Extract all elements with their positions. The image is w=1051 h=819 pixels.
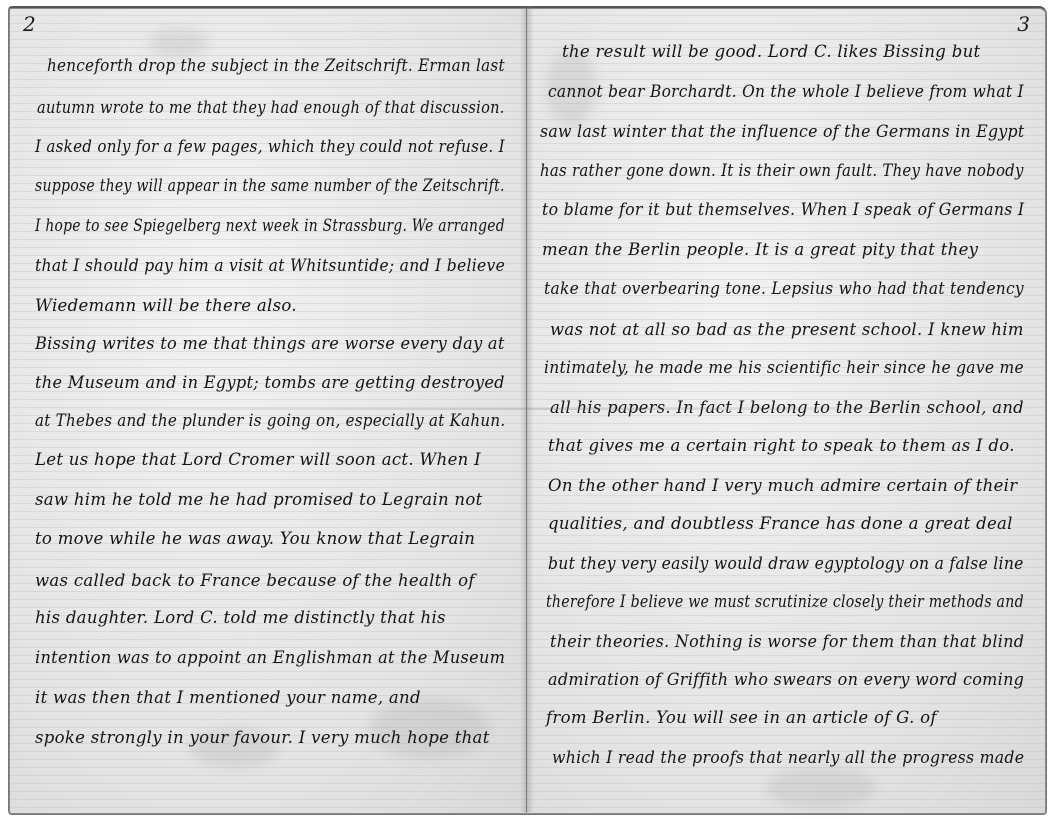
text-line: admiration of Griffith who swears on eve… bbox=[548, 670, 1024, 689]
page-number: 3 bbox=[1017, 12, 1030, 36]
text-line: spoke strongly in your favour. I very mu… bbox=[35, 728, 490, 747]
text-line: Wiedemann will be there also. bbox=[35, 296, 297, 315]
text-line: that gives me a certain right to speak t… bbox=[548, 436, 1015, 455]
text-line: saw last winter that the influence of th… bbox=[540, 122, 1024, 141]
text-line: intention was to appoint an Englishman a… bbox=[35, 648, 505, 667]
text-line: suppose they will appear in the same num… bbox=[35, 176, 505, 195]
text-line: Let us hope that Lord Cromer will soon a… bbox=[35, 450, 481, 469]
text-line: take that overbearing tone. Lepsius who … bbox=[544, 279, 1024, 298]
text-line: but they very easily would draw egyptolo… bbox=[548, 554, 1024, 573]
text-line: the Museum and in Egypt; tombs are getti… bbox=[35, 373, 505, 392]
text-line: it was then that I mentioned your name, … bbox=[35, 688, 421, 707]
text-line: which I read the proofs that nearly all … bbox=[552, 748, 1024, 767]
text-line: to blame for it but themselves. When I s… bbox=[542, 200, 1024, 219]
text-line: therefore I believe we must scrutinize c… bbox=[546, 592, 1024, 611]
text-line: from Berlin. You will see in an article … bbox=[546, 708, 937, 727]
text-line: qualities, and doubtless France has done… bbox=[548, 514, 1013, 533]
page-number: 2 bbox=[23, 12, 36, 36]
text-line: that I should pay him a visit at Whitsun… bbox=[35, 256, 505, 275]
text-line: saw him he told me he had promised to Le… bbox=[35, 490, 483, 509]
text-line: was not at all so bad as the present sch… bbox=[550, 320, 1024, 339]
text-line: cannot bear Borchardt. On the whole I be… bbox=[548, 82, 1024, 101]
text-line: the result will be good. Lord C. likes B… bbox=[562, 42, 980, 61]
text-line: I hope to see Spiegelberg next week in S… bbox=[35, 216, 505, 235]
text-line: mean the Berlin people. It is a great pi… bbox=[542, 240, 978, 259]
text-line: at Thebes and the plunder is going on, e… bbox=[35, 411, 505, 430]
text-line: their theories. Nothing is worse for the… bbox=[550, 632, 1024, 651]
text-line: On the other hand I very much admire cer… bbox=[548, 476, 1017, 495]
text-line: all his papers. In fact I belong to the … bbox=[550, 398, 1024, 417]
text-line: autumn wrote to me that they had enough … bbox=[37, 98, 505, 117]
left-page: 2 henceforth drop the subject in the Zei… bbox=[8, 6, 527, 815]
right-page: 3 the result will be good. Lord C. likes… bbox=[526, 6, 1047, 815]
text-line: Bissing writes to me that things are wor… bbox=[35, 334, 505, 353]
text-line: intimately, he made me his scientific he… bbox=[544, 358, 1024, 377]
text-line: his daughter. Lord C. told me distinctly… bbox=[35, 608, 446, 627]
text-line: henceforth drop the subject in the Zeits… bbox=[47, 56, 505, 75]
text-line: I asked only for a few pages, which they… bbox=[35, 137, 505, 156]
letter-spread: 2 henceforth drop the subject in the Zei… bbox=[8, 6, 1048, 812]
text-line: has rather gone down. It is their own fa… bbox=[540, 161, 1024, 180]
text-line: was called back to France because of the… bbox=[35, 571, 475, 590]
text-line: to move while he was away. You know that… bbox=[35, 529, 475, 548]
